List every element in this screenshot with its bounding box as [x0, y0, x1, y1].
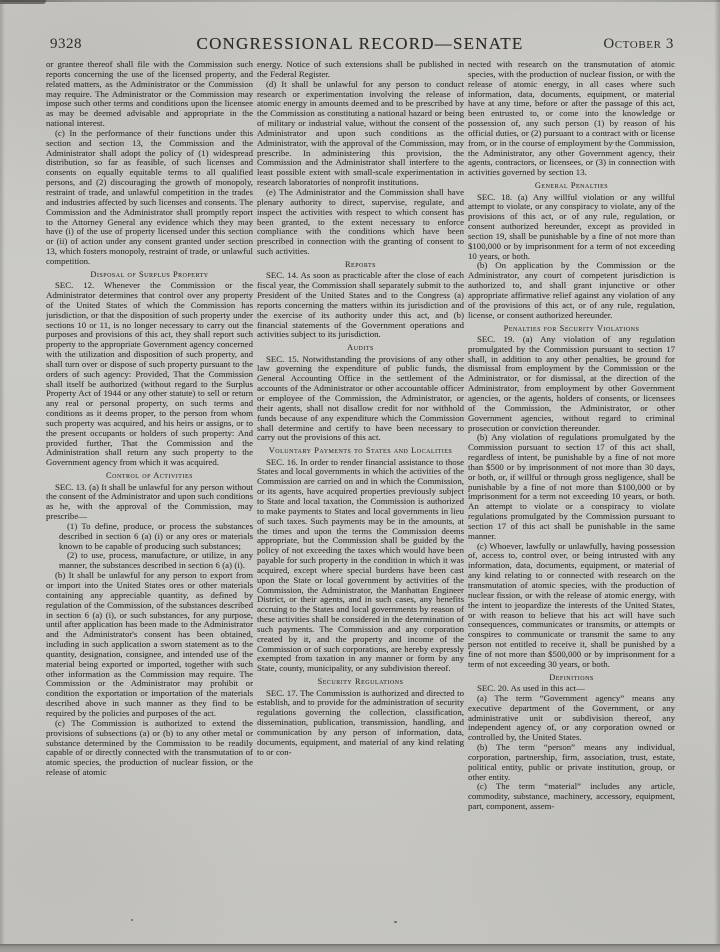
paragraph: (c) The term “material” includes any art… — [468, 782, 675, 812]
paragraph: (1) To define, produce, or process the s… — [59, 522, 253, 552]
section-heading: Security Regulations — [257, 677, 464, 686]
paragraph: SEC. 13. (a) It shall be unlawful for an… — [46, 483, 253, 522]
scanned-page: { "header": { "page_number": "9328", "ti… — [0, 0, 720, 952]
section-heading: Penalties for Security Violations — [468, 324, 675, 333]
page-right-edge — [714, 0, 720, 952]
section-heading: Definitions — [468, 673, 675, 682]
column-1: or grantee thereof shall file with the C… — [46, 60, 253, 878]
paragraph: (d) It shall be unlawful for any person … — [257, 80, 464, 188]
paragraph: (2) to use, process, manufacture, or uti… — [59, 551, 253, 571]
paragraph: nected with research on the transmutatio… — [468, 60, 675, 178]
paragraph: (b) The term “person” means any individu… — [468, 743, 675, 782]
paragraph: or grantee thereof shall file with the C… — [46, 60, 253, 129]
paragraph: (c) Whoever, lawfully or unlawfully, hav… — [468, 542, 675, 670]
paragraph: SEC. 12. Whenever the Commission or the … — [46, 281, 253, 468]
section-heading: Disposal of Surplus Property — [46, 270, 253, 279]
paragraph: SEC. 16. In order to render financial as… — [257, 458, 464, 675]
paragraph: SEC. 18. (a) Any willful violation or an… — [468, 193, 675, 262]
paper-speck — [131, 919, 133, 921]
paragraph: (a) The term “Government agency” means a… — [468, 694, 675, 743]
paragraph: SEC. 19. (a) Any violation of any regula… — [468, 335, 675, 433]
paragraph: (b) On application by the Commission or … — [468, 261, 675, 320]
page-left-edge — [0, 0, 5, 952]
paragraph: SEC. 17. The Commission is authorized an… — [257, 689, 464, 758]
section-heading: Control of Activities — [46, 471, 253, 480]
paragraph: (c) The Commission is authorized to exte… — [46, 719, 253, 778]
page-bottom-edge — [0, 944, 720, 952]
paragraph: (b) It shall be unlawful for any person … — [46, 571, 253, 719]
column-3: nected with research on the transmutatio… — [468, 60, 675, 878]
paragraph: SEC. 14. As soon as practicable after th… — [257, 271, 464, 340]
paper-speck — [394, 921, 397, 923]
section-heading: Audits — [257, 343, 464, 352]
page-top-edge-shadow — [0, 0, 46, 4]
column-2: energy. Notice of such extensions shall … — [257, 60, 464, 878]
paragraph: (e) The Administrator and the Commission… — [257, 188, 464, 257]
section-heading: Voluntary Payments to States and Localit… — [257, 446, 464, 455]
paragraph: (b) Any violation of regulations promulg… — [468, 433, 675, 541]
paragraph: (c) In the performance of their function… — [46, 129, 253, 267]
section-heading: General Penalties — [468, 181, 675, 190]
page-top-edge — [0, 0, 720, 2]
paragraph: energy. Notice of such extensions shall … — [257, 60, 464, 80]
section-heading: Reports — [257, 260, 464, 269]
page-date: October 3 — [603, 36, 674, 53]
paragraph: SEC. 15. Notwithstanding the provisions … — [257, 355, 464, 444]
